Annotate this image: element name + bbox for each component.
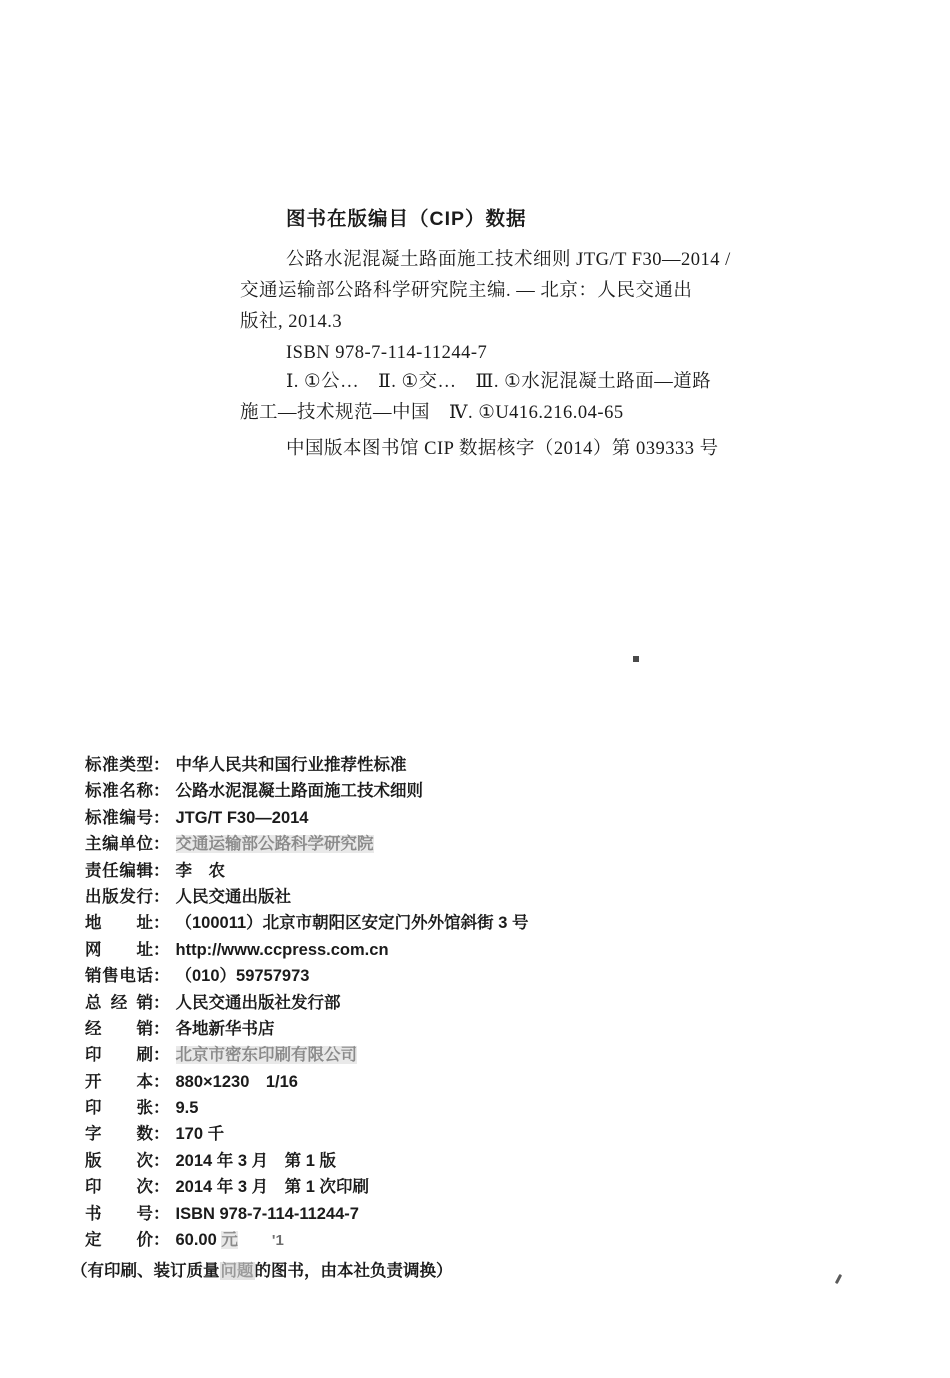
colophon-row: 销售电话：（010）59757973 [85,963,865,989]
cip-classification-line: Ⅰ. ①公… Ⅱ. ①交… Ⅲ. ①水泥混凝土路面—道路 [240,367,780,398]
colophon-row-label: 经销 [85,1016,153,1042]
colophon-row-label: 印次 [85,1174,153,1200]
colophon-row-value: 9.5 [176,1099,199,1117]
colophon-row-colon: ： [153,910,170,936]
colophon-row: 标准编号：JTG/T F30—2014 [85,805,865,831]
colophon-row: 总经销：人民交通出版社发行部 [85,990,865,1016]
colophon-row-value: ISBN 978-7-114-11244-7 [176,1205,359,1223]
colophon-row-label: 开本 [85,1069,153,1095]
colophon-row-value: （100011）北京市朝阳区安定门外外馆斜街 3 号 [176,914,529,932]
colophon-row-value: 60.00 [176,1231,222,1249]
exchange-note-smudged-part: 问题 [220,1262,255,1280]
colophon-row-value: 交通运输部公路科学研究院 [176,835,374,853]
colophon-row-colon: ： [153,1121,170,1147]
colophon-row-colon: ： [153,805,170,831]
colophon-row-colon: ： [153,752,170,778]
colophon-row-value: 人民交通出版社 [176,888,292,906]
colophon-row-label: 标准名称 [85,778,153,804]
colophon-row-value: 2014 年 3 月 第 1 次印刷 [176,1178,369,1196]
exchange-note-part: 的图书，由本社负责调换） [255,1262,453,1280]
cip-block: 图书在版编目（CIP）数据 公路水泥混凝土路面施工技术细则 JTG/T F30—… [240,204,780,465]
colophon-row-label: 责任编辑 [85,858,153,884]
cip-line: 交通运输部公路科学研究院主编. — 北京：人民交通出 [240,276,780,307]
colophon-row: 印刷：北京市密东印刷有限公司 [85,1042,865,1068]
copyright-page: 图书在版编目（CIP）数据 公路水泥混凝土路面施工技术细则 JTG/T F30—… [0,0,950,1378]
colophon-row: 标准类型：中华人民共和国行业推荐性标准 [85,752,865,778]
colophon-row: 版次：2014 年 3 月 第 1 版 [85,1148,865,1174]
colophon-row-label: 印张 [85,1095,153,1121]
colophon-row: 定价：60.00 元'1 [85,1227,865,1253]
colophon-row-colon: ： [153,1095,170,1121]
colophon-row-label: 定价 [85,1227,153,1253]
colophon-row-colon: ： [153,1042,170,1068]
cip-line: 公路水泥混凝土路面施工技术细则 JTG/T F30—2014 / [240,245,780,276]
colophon-row-label: 主编单位 [85,831,153,857]
colophon-row: 出版发行：人民交通出版社 [85,884,865,910]
colophon-row-value: 2014 年 3 月 第 1 版 [176,1152,336,1170]
colophon-row-suffix: 元 [221,1231,238,1249]
colophon-row-value: 各地新华书店 [176,1020,275,1038]
colophon-row-label: 标准类型 [85,752,153,778]
colophon-row-label: 书号 [85,1201,153,1227]
colophon-row-colon: ： [153,1016,170,1042]
colophon-row-value: 中华人民共和国行业推荐性标准 [176,756,407,774]
colophon-row: 网址：http://www.ccpress.com.cn [85,937,865,963]
price-smudge-artifact: '1 [272,1228,284,1254]
cip-classification: Ⅰ. ①公… Ⅱ. ①交… Ⅲ. ①水泥混凝土路面—道路 施工—技术规范—中国 … [240,367,780,429]
colophon-row: 书号：ISBN 978-7-114-11244-7 [85,1201,865,1227]
colophon-row-label: 网址 [85,937,153,963]
colophon-row-colon: ： [153,1069,170,1095]
colophon-row-label: 总经销 [85,990,153,1016]
colophon-row-value: 北京市密东印刷有限公司 [176,1046,358,1064]
colophon-row: 经销：各地新华书店 [85,1016,865,1042]
cip-description: 公路水泥混凝土路面施工技术细则 JTG/T F30—2014 / 交通运输部公路… [240,245,780,369]
colophon-row-value: 李 农 [176,862,226,880]
colophon-row: 地址：（100011）北京市朝阳区安定门外外馆斜街 3 号 [85,910,865,936]
colophon-row-value: 公路水泥混凝土路面施工技术细则 [176,782,424,800]
colophon-row-label: 销售电话 [85,963,153,989]
colophon-row: 印张：9.5 [85,1095,865,1121]
colophon-row-colon: ： [153,858,170,884]
colophon-row-colon: ： [153,963,170,989]
exchange-note: （有印刷、装订质量问题的图书，由本社负责调换） [71,1258,865,1284]
colophon-row-label: 出版发行 [85,884,153,910]
colophon-block: 标准类型：中华人民共和国行业推荐性标准标准名称：公路水泥混凝土路面施工技术细则标… [85,752,865,1285]
colophon-row-value: 880×1230 1/16 [176,1073,299,1091]
colophon-row-label: 地址 [85,910,153,936]
colophon-row-colon: ： [153,990,170,1016]
colophon-rows: 标准类型：中华人民共和国行业推荐性标准标准名称：公路水泥混凝土路面施工技术细则标… [85,752,865,1253]
colophon-row-value: 人民交通出版社发行部 [176,994,341,1012]
colophon-row: 标准名称：公路水泥混凝土路面施工技术细则 [85,778,865,804]
colophon-row-value: 170 千 [176,1125,225,1143]
cip-isbn-line: ISBN 978-7-114-11244-7 [240,338,780,369]
colophon-row: 印次：2014 年 3 月 第 1 次印刷 [85,1174,865,1200]
scan-speck [633,656,639,662]
colophon-row: 责任编辑：李 农 [85,858,865,884]
colophon-row-colon: ： [153,831,170,857]
colophon-row: 字数：170 千 [85,1121,865,1147]
colophon-row-value: http://www.ccpress.com.cn [176,941,389,959]
colophon-row-label: 标准编号 [85,805,153,831]
colophon-row-label: 版次 [85,1148,153,1174]
exchange-note-part: （有印刷、装订质量 [71,1262,220,1280]
colophon-row-colon: ： [153,884,170,910]
cip-classification-line: 施工—技术规范—中国 Ⅳ. ①U416.216.04-65 [240,398,780,429]
cip-record-number: 中国版本图书馆 CIP 数据核字（2014）第 039333 号 [240,434,780,465]
cip-heading: 图书在版编目（CIP）数据 [286,204,780,235]
colophon-row-colon: ： [153,1148,170,1174]
colophon-row: 主编单位：交通运输部公路科学研究院 [85,831,865,857]
colophon-row-colon: ： [153,778,170,804]
cip-line: 版社, 2014.3 [240,307,780,338]
colophon-row-value: （010）59757973 [176,967,310,985]
colophon-row-colon: ： [153,1201,170,1227]
colophon-row-colon: ： [153,1174,170,1200]
colophon-row-label: 印刷 [85,1042,153,1068]
colophon-row-colon: ： [153,937,170,963]
colophon-row-value: JTG/T F30—2014 [176,809,309,827]
colophon-row-colon: ： [153,1227,170,1253]
colophon-row: 开本：880×1230 1/16 [85,1069,865,1095]
colophon-row-label: 字数 [85,1121,153,1147]
